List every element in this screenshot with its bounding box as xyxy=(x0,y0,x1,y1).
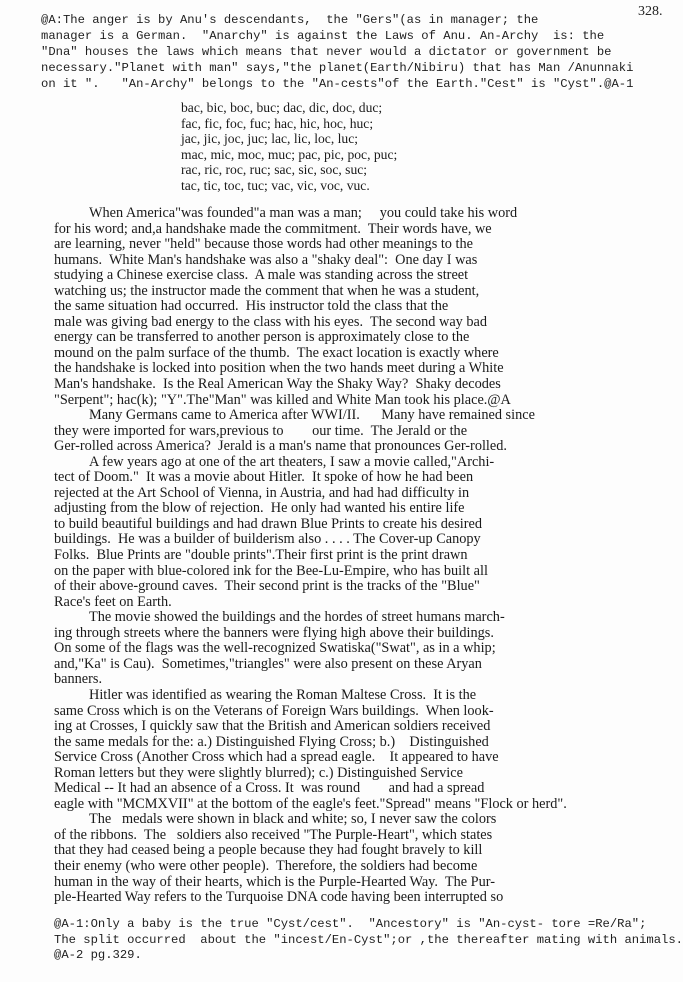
syllable-row: tac, tic, toc, tuc; vac, vic, voc, vuc. xyxy=(181,178,397,194)
syllable-row: mac, mic, moc, muc; pac, pic, poc, puc; xyxy=(181,147,397,163)
text-line: studying a Chinese exercise class. A mal… xyxy=(54,268,683,284)
text-line: for his word; and,a handshake made the c… xyxy=(54,222,683,238)
text-line: banners. xyxy=(54,672,683,688)
text-line: The medals were shown in black and white… xyxy=(54,812,683,828)
text-line: tect of Doom." It was a movie about Hitl… xyxy=(54,470,683,486)
text-line: are learning, never "held" because those… xyxy=(54,237,683,253)
text-line: that they had ceased being a people beca… xyxy=(54,843,683,859)
text-line: the handshake is locked into position wh… xyxy=(54,361,683,377)
syllable-row: fac, fic, foc, fuc; hac, hic, hoc, huc; xyxy=(181,116,397,132)
text-line: the same medals for the: a.) Distinguish… xyxy=(54,735,683,751)
text-line: of the ribbons. The soldiers also receiv… xyxy=(54,828,683,844)
body-text: When America"was founded"a man was a man… xyxy=(54,206,683,906)
footnote-line: @A-1:Only a baby is the true "Cyst/cest"… xyxy=(54,917,683,933)
intro-note-block: @A:The anger is by Anu's descendants, th… xyxy=(41,12,681,92)
text-line: on the paper with blue-colored ink for t… xyxy=(54,564,683,580)
text-line: rejected at the Art School of Vienna, in… xyxy=(54,486,683,502)
text-line: eagle with "MCMXVII" at the bottom of th… xyxy=(54,797,683,813)
text-line: ing through streets where the banners we… xyxy=(54,626,683,642)
text-line: to build beautiful buildings and had dra… xyxy=(54,517,683,533)
footnote-line: @A-2 pg.329. xyxy=(54,948,683,964)
text-line: watching us; the instructor made the com… xyxy=(54,284,683,300)
text-line: Folks. Blue Prints are "double prints".T… xyxy=(54,548,683,564)
text-line: the same situation had occurred. His ins… xyxy=(54,299,683,315)
intro-line: manager is a German. "Anarchy" is agains… xyxy=(41,28,681,44)
text-line: energy can be transferred to another per… xyxy=(54,330,683,346)
syllable-table: bac, bic, boc, buc; dac, dic, doc, duc;f… xyxy=(181,100,397,194)
intro-line: "Dna" houses the laws which means that n… xyxy=(41,44,681,60)
text-line: and,"Ka" is Cau). Sometimes,"triangles" … xyxy=(54,657,683,673)
text-line: they were imported for wars,previous to … xyxy=(54,424,683,440)
syllable-row: jac, jic, joc, juc; lac, lic, loc, luc; xyxy=(181,131,397,147)
intro-line: necessary."Planet with man" says,"the pl… xyxy=(41,60,681,76)
typed-document-page: 328. @A:The anger is by Anu's descendant… xyxy=(0,0,683,982)
text-line: Race's feet on Earth. xyxy=(54,595,683,611)
text-line: Roman letters but they were slightly blu… xyxy=(54,766,683,782)
text-line: adjusting from the blow of rejection. He… xyxy=(54,501,683,517)
intro-line: @A:The anger is by Anu's descendants, th… xyxy=(41,12,681,28)
footnote-block: @A-1:Only a baby is the true "Cyst/cest"… xyxy=(54,917,683,964)
text-line: mound on the palm surface of the thumb. … xyxy=(54,346,683,362)
text-line: their enemy (who were other people). The… xyxy=(54,859,683,875)
text-line: Hitler was identified as wearing the Rom… xyxy=(54,688,683,704)
text-line: Ger-rolled across America? Jerald is a m… xyxy=(54,439,683,455)
syllable-row: rac, ric, roc, ruc; sac, sic, soc, suc; xyxy=(181,162,397,178)
text-line: Many Germans came to America after WWI/I… xyxy=(54,408,683,424)
text-line: A few years ago at one of the art theate… xyxy=(54,455,683,471)
text-line: buildings. He was a builder of builderis… xyxy=(54,532,683,548)
text-line: human in the way of their hearts, which … xyxy=(54,875,683,891)
text-line: "Serpent"; hac(k); "Y".The"Man" was kill… xyxy=(54,393,683,409)
text-line: of their above-ground caves. Their secon… xyxy=(54,579,683,595)
text-line: male was giving bad energy to the class … xyxy=(54,315,683,331)
text-line: The movie showed the buildings and the h… xyxy=(54,610,683,626)
intro-line: on it ". "An-Archy" belongs to the "An-c… xyxy=(41,76,681,92)
text-line: When America"was founded"a man was a man… xyxy=(54,206,683,222)
text-line: ple-Hearted Way refers to the Turquoise … xyxy=(54,890,683,906)
text-line: On some of the flags was the well-recogn… xyxy=(54,641,683,657)
text-line: Man's handshake. Is the Real American Wa… xyxy=(54,377,683,393)
text-line: ing at Crosses, I quickly saw that the B… xyxy=(54,719,683,735)
text-line: humans. White Man's handshake was also a… xyxy=(54,253,683,269)
text-line: Medical -- It had an absence of a Cross.… xyxy=(54,781,683,797)
text-line: Service Cross (Another Cross which had a… xyxy=(54,750,683,766)
text-line: same Cross which is on the Veterans of F… xyxy=(54,704,683,720)
footnote-line: The split occurred about the "incest/En-… xyxy=(54,933,683,949)
syllable-row: bac, bic, boc, buc; dac, dic, doc, duc; xyxy=(181,100,397,116)
